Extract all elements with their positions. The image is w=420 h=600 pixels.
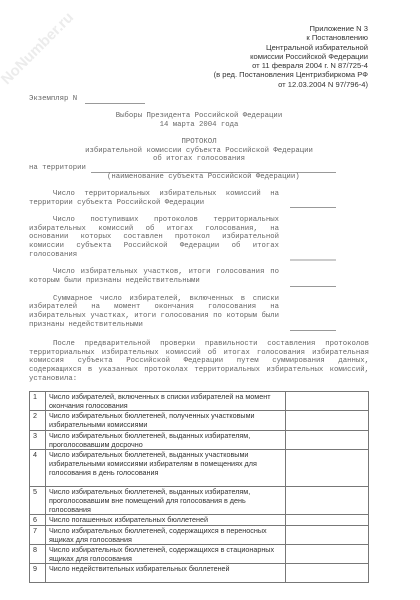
paragraph-invalid-voters-total: Суммарное число избирателей, включенных …	[29, 295, 279, 330]
table-row: 5 Число избирательных бюллетеней, выданн…	[30, 486, 369, 514]
row-value-cell[interactable]	[286, 564, 369, 583]
value-field-received-protocols[interactable]	[290, 259, 336, 261]
election-title: Выборы Президента Российской Федерации	[29, 112, 369, 121]
row-number: 6	[30, 515, 46, 525]
row-label: Число избирательных бюллетеней, выданных…	[46, 430, 286, 449]
row-value-cell[interactable]	[286, 392, 369, 411]
paragraph-territorial-commissions: Число территориальных избирательных коми…	[29, 190, 279, 207]
table-row: 3 Число избирательных бюллетеней, выданн…	[30, 430, 369, 449]
row-value-cell[interactable]	[286, 515, 369, 525]
protocol-heading: ПРОТОКОЛ	[29, 138, 369, 147]
row-value-cell[interactable]	[286, 430, 369, 449]
appendix-line: к Постановлению	[214, 33, 368, 42]
copy-number-field[interactable]	[85, 103, 145, 104]
appendix-header: Приложение N 3 к Постановлению Центральн…	[214, 24, 368, 89]
row-number: 3	[30, 430, 46, 449]
row-number: 5	[30, 486, 46, 514]
appendix-line: (в ред. Постановления Центризбиркома РФ	[214, 70, 368, 79]
appendix-line: Приложение N 3	[214, 24, 368, 33]
value-field-territorial-commissions[interactable]	[290, 207, 336, 208]
results-table: 1 Число избирателей, включенных в списки…	[29, 391, 369, 583]
copy-number-label: Экземпляр N	[29, 95, 77, 104]
row-label: Число избирателей, включенных в списки и…	[46, 392, 286, 411]
appendix-line: Центральной избирательной	[214, 43, 368, 52]
value-field-invalid-voters-total[interactable]	[290, 330, 336, 331]
election-date: 14 марта 2004 года	[29, 121, 369, 130]
row-label: Число избирательных бюллетеней, выданных…	[46, 449, 286, 486]
paragraph-invalid-precincts: Число избирательных участков, итоги голо…	[29, 268, 279, 285]
row-value-cell[interactable]	[286, 411, 369, 430]
row-label: Число избирательных бюллетеней, содержащ…	[46, 525, 286, 544]
territory-hint: (наименование субъекта Российской Федера…	[107, 173, 300, 182]
subject-line: об итогах голосования	[29, 155, 369, 164]
row-value-cell[interactable]	[286, 449, 369, 486]
table-row: 4 Число избирательных бюллетеней, выданн…	[30, 449, 369, 486]
table-row: 1 Число избирателей, включенных в списки…	[30, 392, 369, 411]
row-label: Число погашенных избирательных бюллетене…	[46, 515, 286, 525]
value-field-invalid-precincts[interactable]	[290, 286, 336, 287]
row-value-cell[interactable]	[286, 544, 369, 563]
commission-line: избирательной комиссии субъекта Российск…	[29, 147, 369, 156]
appendix-line: от 11 февраля 2004 г. N 87/725-4	[214, 61, 368, 70]
row-number: 7	[30, 525, 46, 544]
row-number: 9	[30, 564, 46, 583]
row-label: Число избирательных бюллетеней, содержащ…	[46, 544, 286, 563]
row-value-cell[interactable]	[286, 486, 369, 514]
watermark: NoNumber.ru	[0, 9, 77, 88]
appendix-line: комиссии Российской Федерации	[214, 52, 368, 61]
row-number: 2	[30, 411, 46, 430]
table-row: 6 Число погашенных избирательных бюллете…	[30, 515, 369, 525]
row-number: 4	[30, 449, 46, 486]
summary-paragraph: После предварительной проверки правильно…	[29, 340, 369, 384]
row-label: Число избирательных бюллетеней, выданных…	[46, 486, 286, 514]
row-label: Число недействительных избирательных бюл…	[46, 564, 286, 583]
table-row: 9 Число недействительных избирательных б…	[30, 564, 369, 583]
table-row: 7 Число избирательных бюллетеней, содерж…	[30, 525, 369, 544]
appendix-line: от 12.03.2004 N 97/796-4)	[214, 80, 368, 89]
table-row: 2 Число избирательных бюллетеней, получе…	[30, 411, 369, 430]
table-row: 8 Число избирательных бюллетеней, содерж…	[30, 544, 369, 563]
paragraph-received-protocols: Число поступивших протоколов территориал…	[29, 216, 279, 260]
row-number: 1	[30, 392, 46, 411]
row-value-cell[interactable]	[286, 525, 369, 544]
row-label: Число избирательных бюллетеней, полученн…	[46, 411, 286, 430]
territory-label: на территории	[29, 164, 86, 173]
row-number: 8	[30, 544, 46, 563]
